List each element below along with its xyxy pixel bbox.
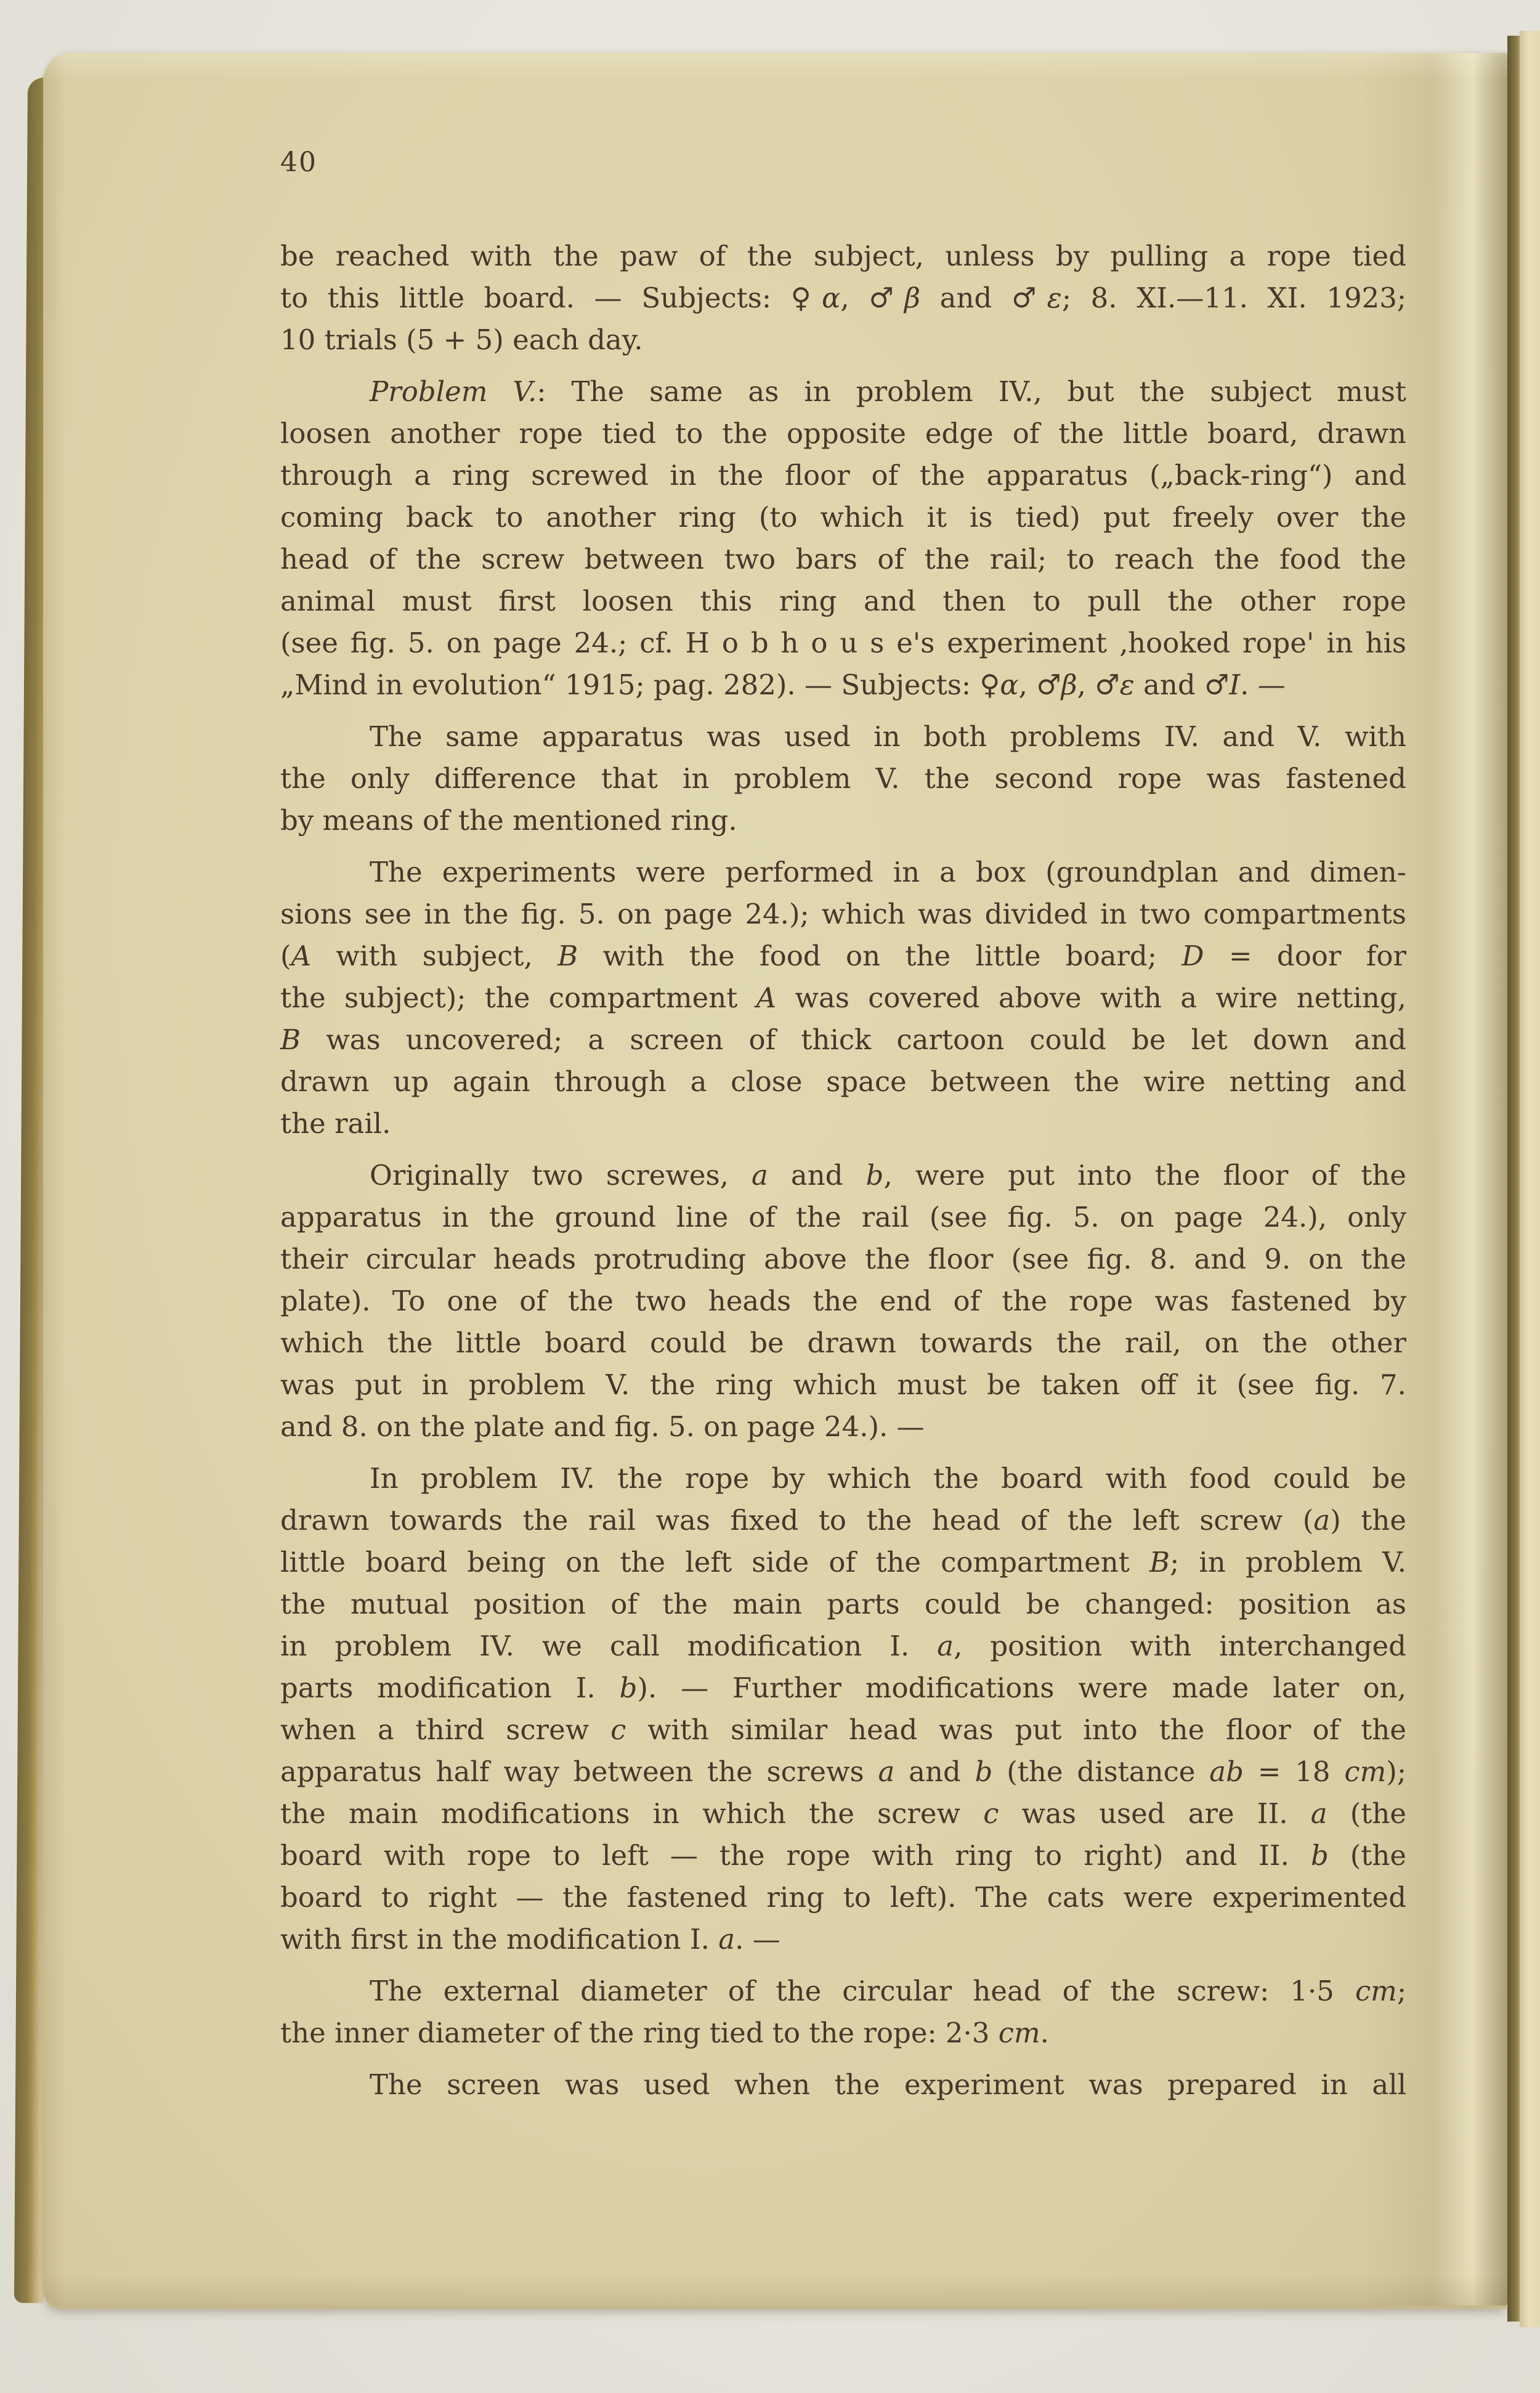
page-number: 40 — [280, 147, 317, 178]
text-line: and 8. on the plate and fig. 5. on page … — [280, 1406, 1406, 1448]
text-line: B was uncovered; a screen of thick carto… — [280, 1019, 1406, 1061]
text-line: board with rope to left — the rope with … — [280, 1835, 1406, 1877]
paragraph: be reached with the paw of the subject, … — [280, 235, 1406, 361]
text-line: (see fig. 5. on page 24.; cf. H o b h o … — [280, 622, 1406, 664]
paragraph: Problem V.: The same as in problem IV., … — [280, 371, 1406, 706]
text-line: The experiments were performed in a box … — [280, 851, 1406, 893]
text-line: coming back to another ring (to which it… — [280, 497, 1406, 538]
text-line: The same apparatus was used in both prob… — [280, 716, 1406, 758]
gutter-shadow — [1507, 36, 1520, 2322]
text-line: plate). To one of the two heads the end … — [280, 1280, 1406, 1322]
text-line: 10 trials (5 + 5) each day. — [280, 319, 1406, 361]
text-line: the rail. — [280, 1103, 1406, 1145]
text-line: The screen was used when the experiment … — [280, 2064, 1406, 2106]
text-line: through a ring screwed in the floor of t… — [280, 455, 1406, 497]
book-page: 40 be reached with the paw of the subjec… — [43, 53, 1507, 2306]
body-text: be reached with the paw of the subject, … — [280, 235, 1406, 2116]
text-line: head of the screw between two bars of th… — [280, 538, 1406, 580]
text-line: in problem IV. we call modification I. a… — [280, 1625, 1406, 1667]
paragraph: The experiments were performed in a box … — [280, 851, 1406, 1145]
text-line: sions see in the fig. 5. on page 24.); w… — [280, 893, 1406, 935]
text-line: In problem IV. the rope by which the boa… — [280, 1458, 1406, 1500]
text-line: the mutual position of the main parts co… — [280, 1583, 1406, 1625]
paragraph: Originally two screwes, a and b, were pu… — [280, 1155, 1406, 1448]
text-line: Originally two screwes, a and b, were pu… — [280, 1155, 1406, 1196]
text-line: The external diameter of the circular he… — [280, 1970, 1406, 2012]
text-line: Problem V.: The same as in problem IV., … — [280, 371, 1406, 413]
text-line: to this little board. — Subjects: ♀α, ♂β… — [280, 277, 1406, 319]
text-line: be reached with the paw of the subject, … — [280, 235, 1406, 277]
text-line: was put in problem V. the ring which mus… — [280, 1364, 1406, 1406]
text-line: loosen another rope tied to the opposite… — [280, 413, 1406, 455]
text-line: the main modifications in which the scre… — [280, 1793, 1406, 1835]
text-line: which the little board could be drawn to… — [280, 1322, 1406, 1364]
text-line: with first in the modification I. a. — — [280, 1919, 1406, 1960]
text-line: the subject); the compartment A was cove… — [280, 977, 1406, 1019]
text-line: (A with subject, B with the food on the … — [280, 935, 1406, 977]
scanned-book-photo: { "scan": { "background_color": "#e7e4dc… — [0, 0, 1540, 2393]
text-line: „Mind in evolution“ 1915; pag. 282). — S… — [280, 664, 1406, 706]
text-line: little board being on the left side of t… — [280, 1542, 1406, 1583]
paragraph: The same apparatus was used in both prob… — [280, 716, 1406, 842]
text-line: parts modification I. b). — Further modi… — [280, 1667, 1406, 1709]
next-page-edge — [1520, 31, 1540, 2327]
paragraph: The screen was used when the experiment … — [280, 2064, 1406, 2106]
text-line: apparatus half way between the screws a … — [280, 1751, 1406, 1793]
text-line: their circular heads protruding above th… — [280, 1238, 1406, 1280]
text-line: when a third screw c with similar head w… — [280, 1709, 1406, 1751]
text-line: the inner diameter of the ring tied to t… — [280, 2012, 1406, 2054]
text-line: animal must first loosen this ring and t… — [280, 580, 1406, 622]
text-line: the only difference that in problem V. t… — [280, 758, 1406, 800]
text-line: drawn towards the rail was fixed to the … — [280, 1500, 1406, 1542]
text-line: drawn up again through a close space bet… — [280, 1061, 1406, 1103]
paragraph: In problem IV. the rope by which the boa… — [280, 1458, 1406, 1960]
paragraph: The external diameter of the circular he… — [280, 1970, 1406, 2054]
text-line: by means of the mentioned ring. — [280, 800, 1406, 842]
text-line: board to right — the fastened ring to le… — [280, 1877, 1406, 1919]
text-line: apparatus in the ground line of the rail… — [280, 1196, 1406, 1238]
